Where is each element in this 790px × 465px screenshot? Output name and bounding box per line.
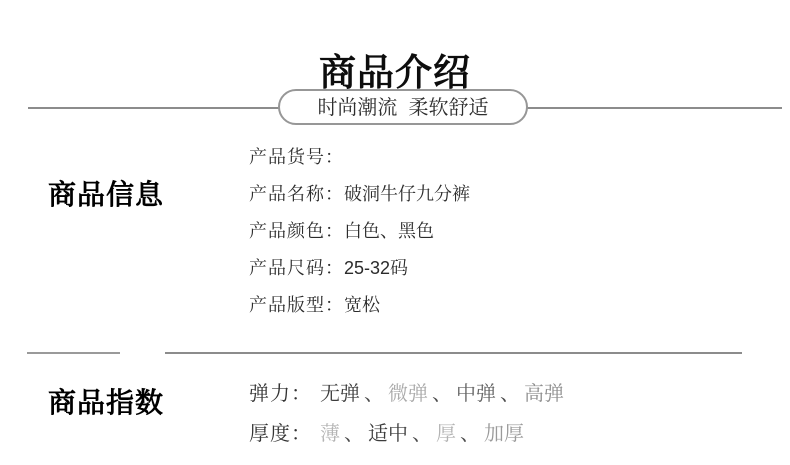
option-separator: 、: [500, 383, 520, 405]
elasticity-label: 弹力：: [249, 383, 312, 405]
elasticity-option-slight: 微弹: [388, 383, 428, 405]
banner-slogan-pill: 时尚潮流 柔软舒适: [278, 89, 528, 125]
info-section-heading: 商品信息: [48, 173, 164, 213]
thickness-option-thin: 薄: [320, 423, 340, 445]
section-divider-right: [165, 352, 742, 354]
thickness-label: 厚度：: [249, 423, 312, 445]
thickness-option-thick: 厚: [436, 423, 456, 445]
thickness-option-medium: 适中: [368, 423, 408, 445]
elasticity-option-none: 无弹: [320, 383, 360, 405]
option-separator: 、: [460, 423, 480, 445]
info-row-item-number: 产品货号：: [249, 139, 470, 176]
info-label: 产品名称：: [249, 184, 344, 204]
banner: 时尚潮流 柔软舒适: [0, 88, 790, 128]
option-separator: 、: [432, 383, 452, 405]
elasticity-option-high: 高弹: [524, 383, 564, 405]
option-separator: 、: [412, 423, 432, 445]
info-row-product-fit: 产品版型：宽松: [249, 287, 470, 324]
thickness-row: 厚度：薄、适中、厚、加厚: [249, 414, 565, 454]
info-row-product-color: 产品颜色：白色、黑色: [249, 213, 470, 250]
info-value: 25-32码: [344, 258, 408, 278]
elasticity-row: 弹力：无弹、微弹、中弹、高弹: [249, 374, 565, 414]
info-label: 产品颜色：: [249, 221, 344, 241]
option-separator: 、: [344, 423, 364, 445]
info-label: 产品尺码：: [249, 258, 344, 278]
section-divider-left: [27, 352, 120, 354]
info-label: 产品货号：: [249, 147, 344, 167]
info-row-product-name: 产品名称：破洞牛仔九分裤: [249, 176, 470, 213]
info-row-product-size: 产品尺码：25-32码: [249, 250, 470, 287]
index-rows: 弹力：无弹、微弹、中弹、高弹 厚度：薄、适中、厚、加厚: [249, 374, 565, 454]
index-section-heading: 商品指数: [48, 381, 164, 421]
info-value: 宽松: [344, 295, 380, 315]
info-rows: 产品货号： 产品名称：破洞牛仔九分裤 产品颜色：白色、黑色 产品尺码：25-32…: [249, 139, 470, 324]
thickness-option-extra-thick: 加厚: [484, 423, 524, 445]
info-label: 产品版型：: [249, 295, 344, 315]
elasticity-option-medium: 中弹: [456, 383, 496, 405]
info-value: 破洞牛仔九分裤: [344, 184, 470, 204]
option-separator: 、: [364, 383, 384, 405]
info-value: 白色、黑色: [344, 221, 434, 241]
